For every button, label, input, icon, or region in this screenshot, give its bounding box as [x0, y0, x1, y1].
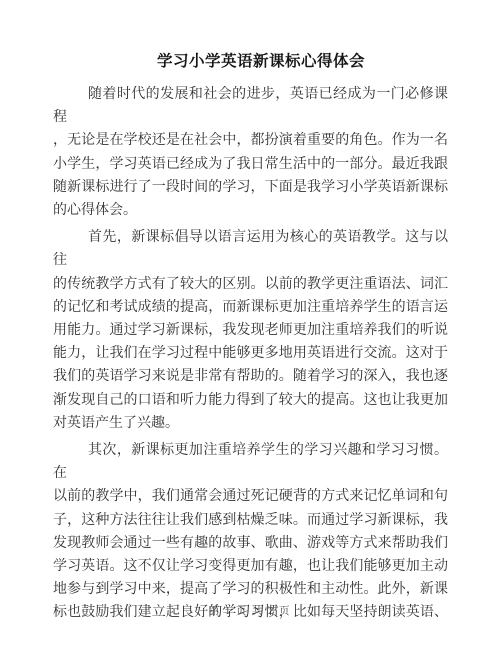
body-line: 的记忆和考试成绩的提高，而新课标更加注重培养学生的语言运	[53, 296, 448, 319]
document-body: 随着时代的发展和社会的进步，英语已经成为一门必修课程，无论是在学校还是在社会中，…	[53, 83, 448, 625]
body-line: ，无论是在学校还是在社会中，都扮演着重要的角色。作为一名	[53, 129, 448, 152]
body-line: 学习英语。这不仅让学习变得更加有趣，也让我们能够更加主动	[53, 555, 448, 578]
body-line: 发现教师会通过一些有趣的故事、歌曲、游戏等方式来帮助我们	[53, 532, 448, 555]
body-line: 我们的英语学习来说是非常有帮助的。随着学习的深入，我也逐	[53, 365, 448, 388]
body-line: 其次，新课标更加注重培养学生的学习兴趣和学习习惯。在	[53, 439, 448, 485]
body-line: 随着时代的发展和社会的进步，英语已经成为一门必修课程	[53, 83, 448, 129]
body-line: 子，这种方法往往让我们感到枯燥乏味。而通过学习新课标，我	[53, 509, 448, 532]
document-title: 学习小学英语新课标心得体会	[0, 0, 500, 72]
body-line: 地参与到学习中来，提高了学习的积极性和主动性。此外，新课	[53, 578, 448, 601]
body-line: 渐发现自己的口语和听力能力得到了较大的提高。这也让我更加	[53, 389, 448, 412]
body-line: 随新课标进行了一段时间的学习，下面是我学习小学英语新课标	[53, 176, 448, 199]
body-line: 对英语产生了兴趣。	[53, 412, 448, 435]
page-footer: 第 1 页 共 2 页	[0, 603, 500, 618]
body-line: 的心得体会。	[53, 199, 448, 222]
body-line: 用能力。通过学习新课标，我发现老师更加注重培养我们的听说	[53, 319, 448, 342]
document-page: 学习小学英语新课标心得体会 随着时代的发展和社会的进步，英语已经成为一门必修课程…	[0, 0, 500, 647]
body-line: 的传统教学方式有了较大的区别。以前的教学更注重语法、词汇	[53, 273, 448, 296]
body-line: 能力，让我们在学习过程中能够更多地用英语进行交流。这对于	[53, 342, 448, 365]
page-number-indicator: 第 1 页 共 2 页	[209, 606, 291, 617]
body-line: 小学生，学习英语已经成为了我日常生活中的一部分。最近我跟	[53, 153, 448, 176]
paragraph: 首先，新课标倡导以语言运用为核心的英语教学。这与以往的传统教学方式有了较大的区别…	[53, 226, 448, 435]
paragraph: 随着时代的发展和社会的进步，英语已经成为一门必修课程，无论是在学校还是在社会中，…	[53, 83, 448, 222]
paragraph: 其次，新课标更加注重培养学生的学习兴趣和学习习惯。在以前的教学中，我们通常会通过…	[53, 439, 448, 625]
body-line: 以前的教学中，我们通常会通过死记硬背的方式来记忆单词和句	[53, 485, 448, 508]
body-line: 首先，新课标倡导以语言运用为核心的英语教学。这与以往	[53, 226, 448, 272]
